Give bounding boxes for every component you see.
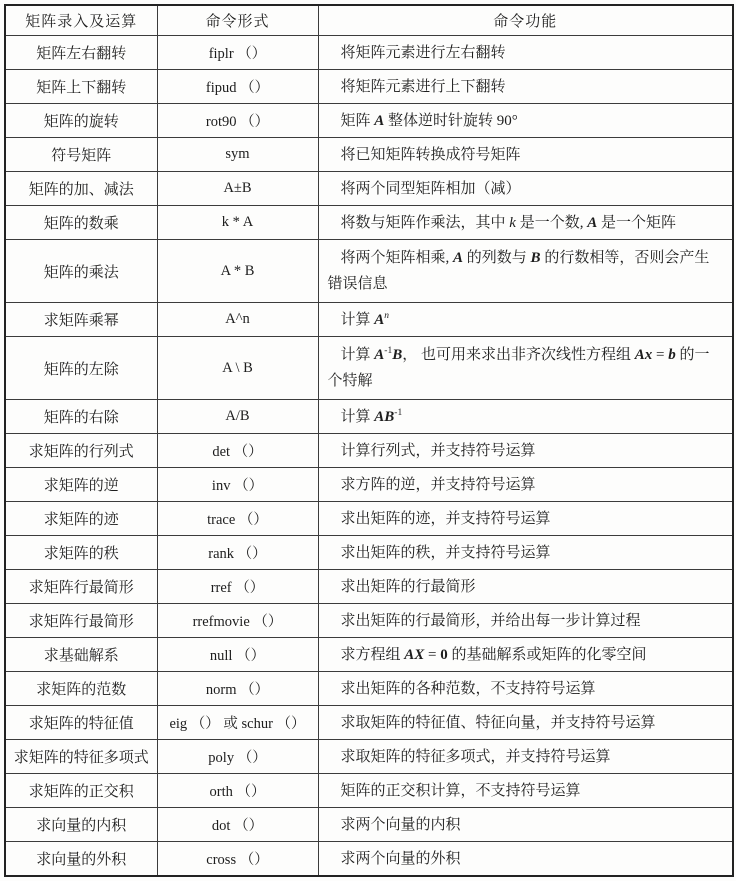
operation-cell: 矩阵的旋转 xyxy=(5,104,157,138)
function-cell: 求取矩阵的特征值、特征向量，并支持符号运算 xyxy=(318,706,733,740)
table-row: 符号矩阵sym将已知矩阵转换成符号矩阵 xyxy=(5,138,733,172)
operation-cell: 求矩阵的逆 xyxy=(5,468,157,502)
table-row: 求矩阵的秩rank （）求出矩阵的秩，并支持符号运算 xyxy=(5,536,733,570)
table-row: 求矩阵的正交积orth （）矩阵的正交积计算，不支持符号运算 xyxy=(5,774,733,808)
command-cell: rank （） xyxy=(157,536,318,570)
operation-cell: 矩阵的数乘 xyxy=(5,206,157,240)
operation-cell: 矩阵的加、减法 xyxy=(5,172,157,206)
operation-cell: 求矩阵的行列式 xyxy=(5,434,157,468)
operation-cell: 矩阵上下翻转 xyxy=(5,70,157,104)
operation-cell: 求矩阵行最简形 xyxy=(5,604,157,638)
operation-cell: 求矩阵行最简形 xyxy=(5,570,157,604)
operation-cell: 求矩阵的迹 xyxy=(5,502,157,536)
operation-cell: 矩阵的左除 xyxy=(5,337,157,400)
command-cell: cross （） xyxy=(157,842,318,877)
command-cell: dot （） xyxy=(157,808,318,842)
command-cell: rref （） xyxy=(157,570,318,604)
table-row: 求矩阵行最简形rref （）求出矩阵的行最简形 xyxy=(5,570,733,604)
command-cell: A \ B xyxy=(157,337,318,400)
operation-cell: 求矩阵的特征多项式 xyxy=(5,740,157,774)
operation-cell: 求矩阵乘幂 xyxy=(5,303,157,337)
command-cell: fiplr （） xyxy=(157,36,318,70)
table-body: 矩阵左右翻转fiplr （）将矩阵元素进行左右翻转矩阵上下翻转fipud （）将… xyxy=(5,36,733,877)
command-cell: det （） xyxy=(157,434,318,468)
table-header: 矩阵录入及运算 命令形式 命令功能 xyxy=(5,5,733,36)
command-cell: A/B xyxy=(157,400,318,434)
operation-cell: 求向量的内积 xyxy=(5,808,157,842)
table-row: 矩阵上下翻转fipud （）将矩阵元素进行上下翻转 xyxy=(5,70,733,104)
command-cell: fipud （） xyxy=(157,70,318,104)
table-row: 求矩阵的行列式det （）计算行列式，并支持符号运算 xyxy=(5,434,733,468)
function-cell: 求方程组 AX = 0 的基础解系或矩阵的化零空间 xyxy=(318,638,733,672)
function-cell: 将已知矩阵转换成符号矩阵 xyxy=(318,138,733,172)
command-cell: eig （） 或 schur （） xyxy=(157,706,318,740)
table-row: 求基础解系null （）求方程组 AX = 0 的基础解系或矩阵的化零空间 xyxy=(5,638,733,672)
command-cell: A^n xyxy=(157,303,318,337)
table-row: 求矩阵的范数norm （）求出矩阵的各种范数，不支持符号运算 xyxy=(5,672,733,706)
matrix-commands-table: 矩阵录入及运算 命令形式 命令功能 矩阵左右翻转fiplr （）将矩阵元素进行左… xyxy=(4,4,734,877)
header-row: 矩阵录入及运算 命令形式 命令功能 xyxy=(5,5,733,36)
table-row: 矩阵的右除A/B计算 AB-1 xyxy=(5,400,733,434)
table-row: 求矩阵的特征多项式poly （）求取矩阵的特征多项式，并支持符号运算 xyxy=(5,740,733,774)
operation-cell: 矩阵的右除 xyxy=(5,400,157,434)
command-cell: k * A xyxy=(157,206,318,240)
command-cell: inv （） xyxy=(157,468,318,502)
function-cell: 将两个同型矩阵相加（减） xyxy=(318,172,733,206)
function-cell: 计算行列式，并支持符号运算 xyxy=(318,434,733,468)
operation-cell: 求矩阵的秩 xyxy=(5,536,157,570)
function-cell: 将矩阵元素进行上下翻转 xyxy=(318,70,733,104)
table-row: 矩阵的乘法A * B将两个矩阵相乘, A 的列数与 B 的行数相等，否则会产生错… xyxy=(5,240,733,303)
table-row: 求矩阵乘幂A^n计算 An xyxy=(5,303,733,337)
function-cell: 求出矩阵的行最简形，并给出每一步计算过程 xyxy=(318,604,733,638)
scanned-page: 矩阵录入及运算 命令形式 命令功能 矩阵左右翻转fiplr （）将矩阵元素进行左… xyxy=(0,0,736,881)
operation-cell: 矩阵左右翻转 xyxy=(5,36,157,70)
operation-cell: 求向量的外积 xyxy=(5,842,157,877)
table-row: 求矩阵行最简形rrefmovie （）求出矩阵的行最简形，并给出每一步计算过程 xyxy=(5,604,733,638)
column-header-operation: 矩阵录入及运算 xyxy=(5,5,157,36)
function-cell: 求两个向量的内积 xyxy=(318,808,733,842)
function-cell: 将两个矩阵相乘, A 的列数与 B 的行数相等，否则会产生错误信息 xyxy=(318,240,733,303)
table-row: 矩阵的数乘k * A将数与矩阵作乘法，其中 k 是一个数, A 是一个矩阵 xyxy=(5,206,733,240)
function-cell: 计算 A-1B， 也可用来求出非齐次线性方程组 Ax = b 的一个特解 xyxy=(318,337,733,400)
function-cell: 求出矩阵的秩，并支持符号运算 xyxy=(318,536,733,570)
operation-cell: 矩阵的乘法 xyxy=(5,240,157,303)
command-cell: rot90 （） xyxy=(157,104,318,138)
command-cell: rrefmovie （） xyxy=(157,604,318,638)
table-row: 求矩阵的迹trace （）求出矩阵的迹，并支持符号运算 xyxy=(5,502,733,536)
function-cell: 计算 AB-1 xyxy=(318,400,733,434)
table-row: 矩阵的加、减法A±B将两个同型矩阵相加（减） xyxy=(5,172,733,206)
function-cell: 求出矩阵的行最简形 xyxy=(318,570,733,604)
function-cell: 求出矩阵的迹，并支持符号运算 xyxy=(318,502,733,536)
command-cell: trace （） xyxy=(157,502,318,536)
function-cell: 将数与矩阵作乘法，其中 k 是一个数, A 是一个矩阵 xyxy=(318,206,733,240)
command-cell: null （） xyxy=(157,638,318,672)
operation-cell: 求矩阵的特征值 xyxy=(5,706,157,740)
column-header-command-function: 命令功能 xyxy=(318,5,733,36)
command-cell: sym xyxy=(157,138,318,172)
function-cell: 求两个向量的外积 xyxy=(318,842,733,877)
command-cell: norm （） xyxy=(157,672,318,706)
command-cell: poly （） xyxy=(157,740,318,774)
operation-cell: 求矩阵的正交积 xyxy=(5,774,157,808)
function-cell: 计算 An xyxy=(318,303,733,337)
table-row: 求向量的外积cross （）求两个向量的外积 xyxy=(5,842,733,877)
operation-cell: 符号矩阵 xyxy=(5,138,157,172)
function-cell: 矩阵的正交积计算，不支持符号运算 xyxy=(318,774,733,808)
table-row: 矩阵的旋转rot90 （）矩阵 A 整体逆时针旋转 90° xyxy=(5,104,733,138)
table-row: 求向量的内积dot （）求两个向量的内积 xyxy=(5,808,733,842)
table-row: 矩阵左右翻转fiplr （）将矩阵元素进行左右翻转 xyxy=(5,36,733,70)
column-header-command-form: 命令形式 xyxy=(157,5,318,36)
function-cell: 将矩阵元素进行左右翻转 xyxy=(318,36,733,70)
operation-cell: 求基础解系 xyxy=(5,638,157,672)
function-cell: 矩阵 A 整体逆时针旋转 90° xyxy=(318,104,733,138)
table-row: 求矩阵的特征值eig （） 或 schur （）求取矩阵的特征值、特征向量，并支… xyxy=(5,706,733,740)
command-cell: orth （） xyxy=(157,774,318,808)
table-row: 求矩阵的逆inv （）求方阵的逆，并支持符号运算 xyxy=(5,468,733,502)
command-cell: A * B xyxy=(157,240,318,303)
table-row: 矩阵的左除A \ B计算 A-1B， 也可用来求出非齐次线性方程组 Ax = b… xyxy=(5,337,733,400)
function-cell: 求取矩阵的特征多项式，并支持符号运算 xyxy=(318,740,733,774)
command-cell: A±B xyxy=(157,172,318,206)
function-cell: 求方阵的逆，并支持符号运算 xyxy=(318,468,733,502)
function-cell: 求出矩阵的各种范数，不支持符号运算 xyxy=(318,672,733,706)
operation-cell: 求矩阵的范数 xyxy=(5,672,157,706)
